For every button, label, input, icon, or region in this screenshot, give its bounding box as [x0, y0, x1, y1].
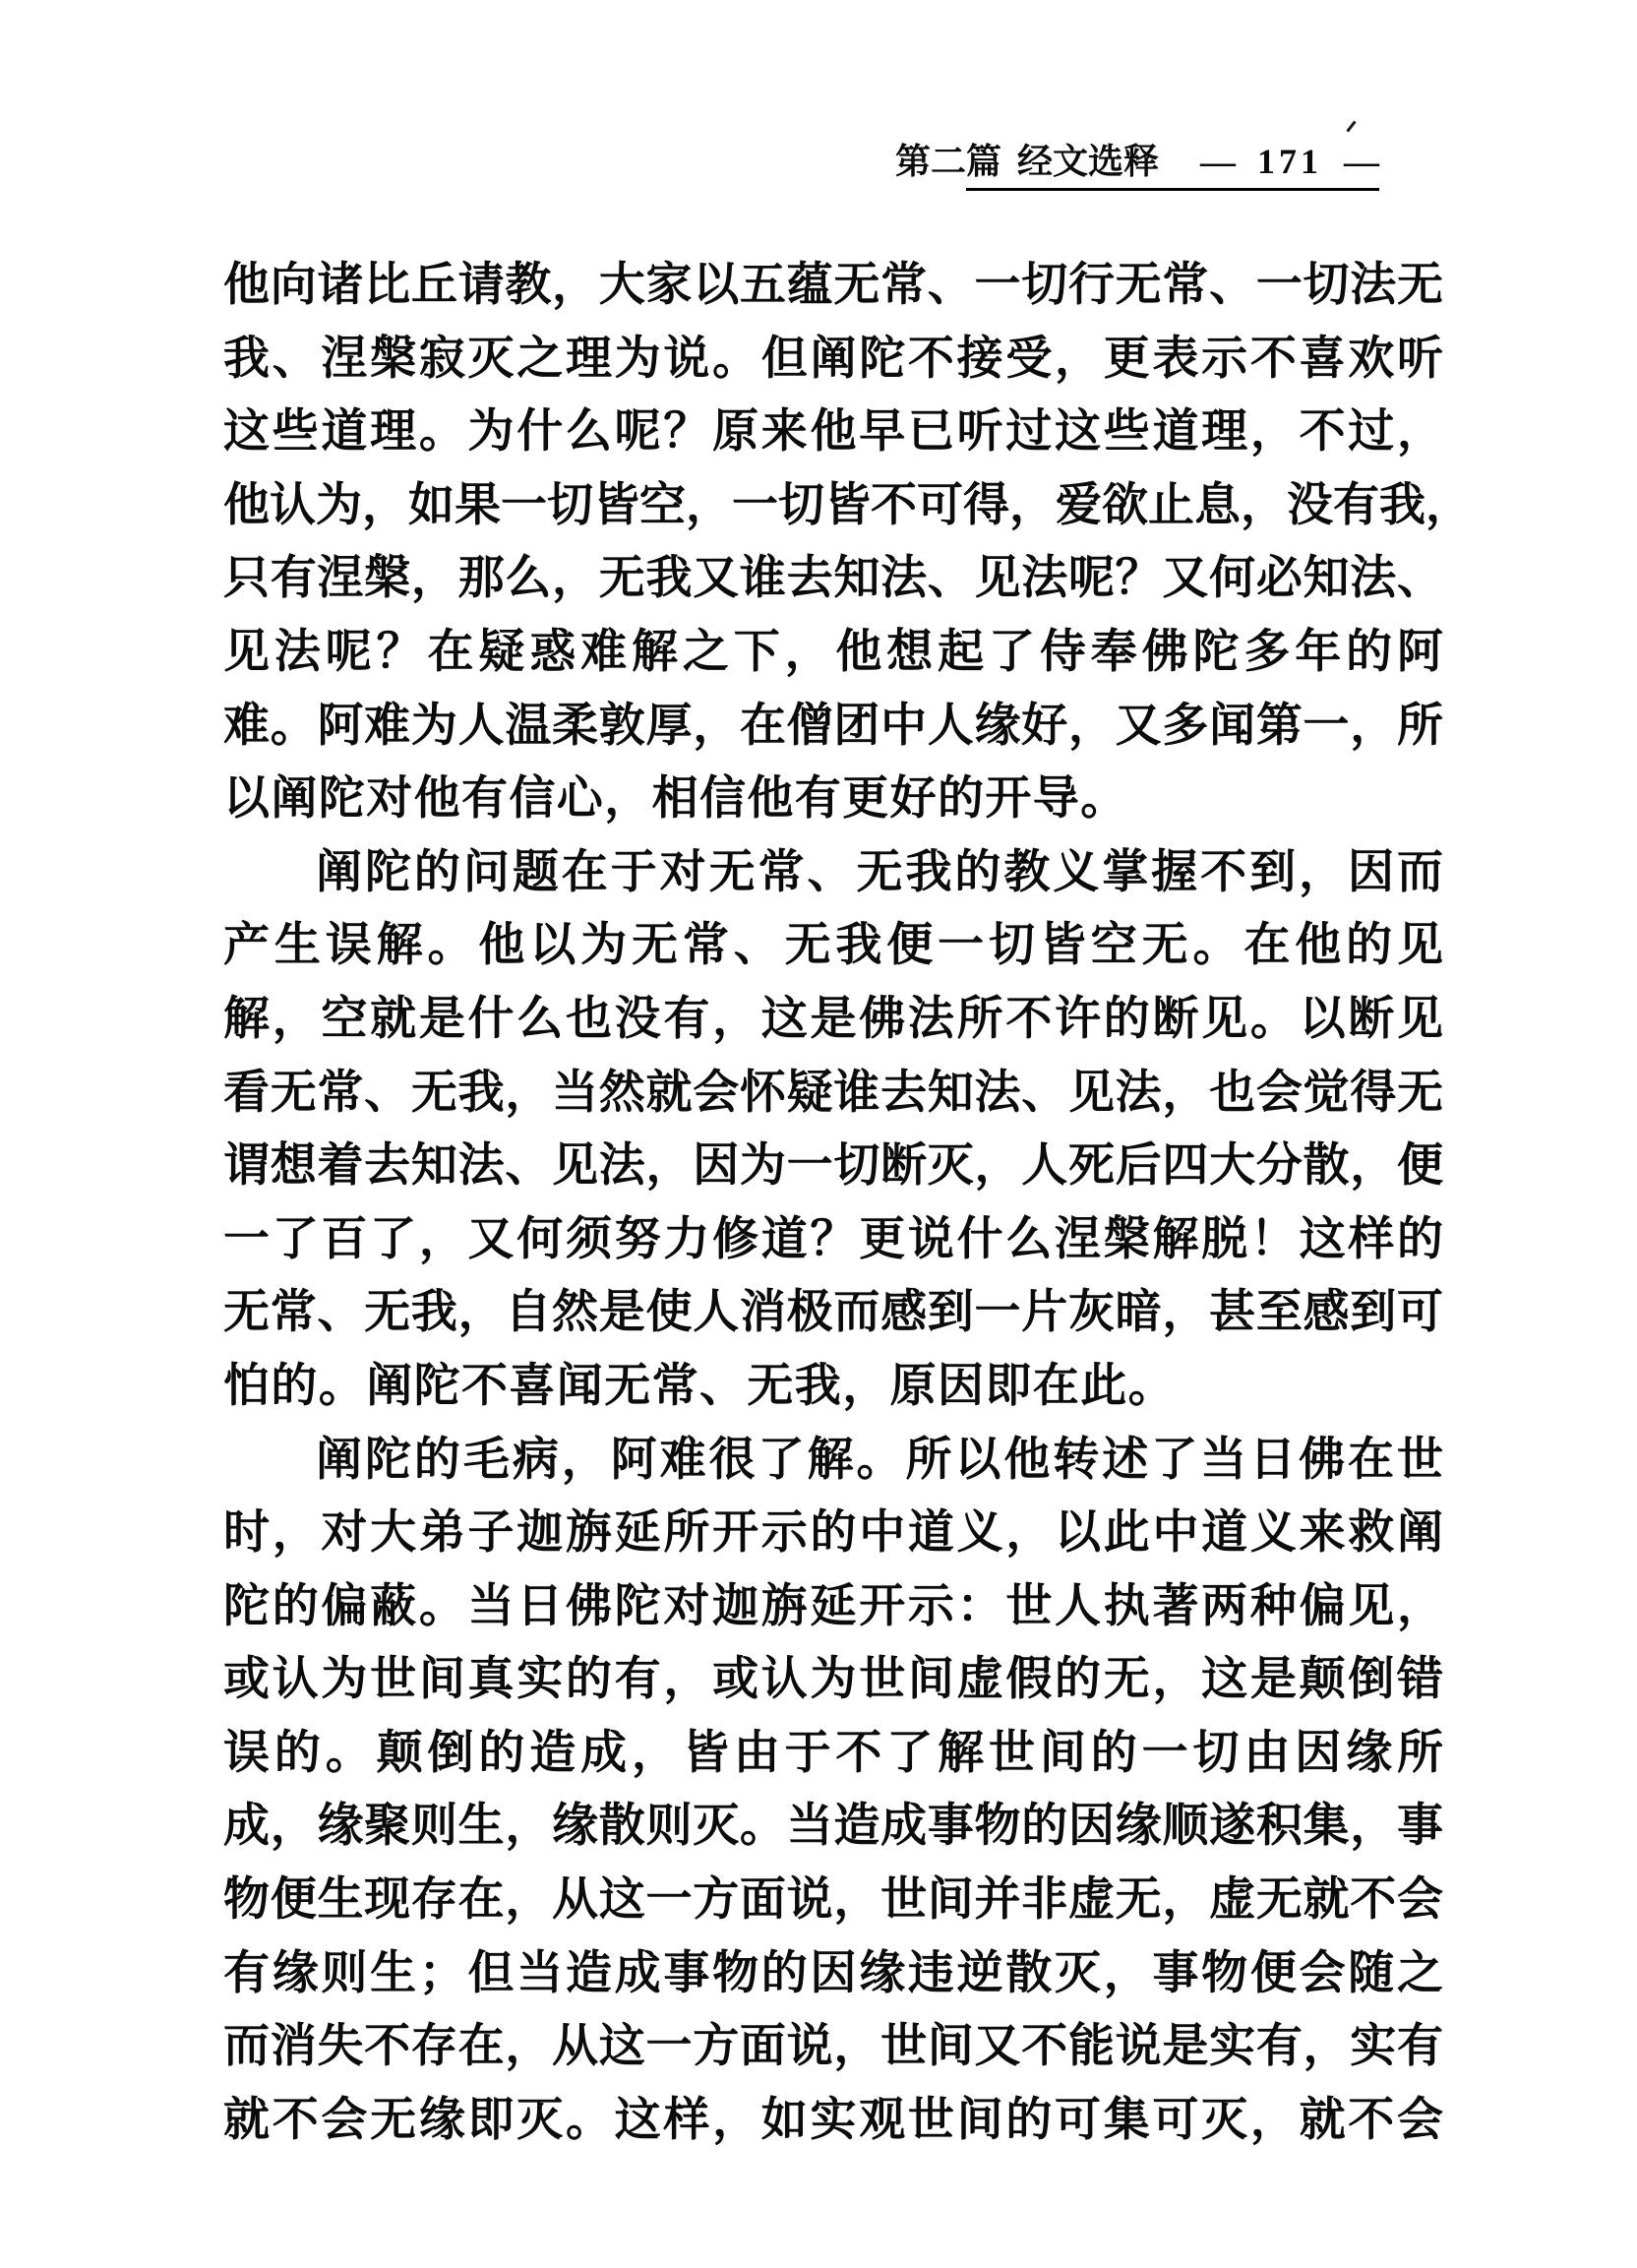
text-line: 时，对大弟子迦旃延所开示的中道义，以此中道义来救阐 — [223, 1497, 1443, 1570]
text-line: 物便生现存在，从这一方面说，世间并非虚无，虚无就不会 — [223, 1864, 1443, 1937]
text-line: 一了百了，又何须努力修道？更说什么涅槃解脱！这样的 — [223, 1203, 1443, 1277]
header-part-label: 第二篇 — [895, 141, 1001, 182]
header-underline — [966, 188, 1379, 191]
text-line: 见法呢？在疑惑难解之下，他想起了侍奉佛陀多年的阿 — [223, 616, 1443, 690]
text-line: 这些道理。为什么呢？原来他早已听过这些道理，不过， — [223, 396, 1443, 469]
text-line: 成，缘聚则生，缘散则灭。当造成事物的因缘顺遂积集，事 — [223, 1790, 1443, 1864]
text-line: 有缘则生；但当造成事物的因缘违逆散灭，事物便会随之 — [223, 1937, 1443, 2011]
text-line: 谓想着去知法、见法，因为一切断灭，人死后四大分散，便 — [223, 1130, 1443, 1203]
text-line: 只有涅槃，那么，无我又谁去知法、见法呢？又何必知法、 — [223, 542, 1443, 616]
text-line: 无常、无我，自然是使人消极而感到一片灰暗，甚至感到可 — [223, 1276, 1443, 1350]
body-text: 他向诸比丘请教，大家以五蕴无常、一切行无常、一切法无 我、涅槃寂灭之理为说。但阐… — [223, 249, 1443, 2157]
text-line: 产生误解。他以为无常、无我便一切皆空无。在他的见 — [223, 909, 1443, 983]
text-line: 他认为，如果一切皆空，一切皆不可得，爱欲止息，没有我， — [223, 469, 1443, 543]
text-line: 误的。颠倒的造成，皆由于不了解世间的一切由因缘所 — [223, 1717, 1443, 1791]
text-line: 怕的。阐陀不喜闻无常、无我，原因即在此。 — [223, 1350, 1443, 1424]
text-line: 难。阿难为人温柔敦厚，在僧团中人缘好，又多闻第一，所 — [223, 690, 1443, 764]
text-line: 他向诸比丘请教，大家以五蕴无常、一切行无常、一切法无 — [223, 249, 1443, 323]
text-line: 我、涅槃寂灭之理为说。但阐陀不接受，更表示不喜欢听 — [223, 323, 1443, 397]
text-line: 以阐陀对他有信心，相信他有更好的开导。 — [223, 763, 1443, 836]
text-line: 看无常、无我，当然就会怀疑谁去知法、见法，也会觉得无 — [223, 1057, 1443, 1131]
scan-artifact — [1346, 120, 1356, 132]
text-line: 阐陀的问题在于对无常、无我的教义掌握不到，因而 — [223, 836, 1443, 910]
header-page-number: 171 — [1257, 141, 1322, 182]
header-dash-left: — — [1200, 141, 1236, 182]
text-line: 或认为世间真实的有，或认为世间虚假的无，这是颠倒错 — [223, 1643, 1443, 1717]
text-line: 解，空就是什么也没有，这是佛法所不许的断见。以断见 — [223, 983, 1443, 1057]
header-chapter-title: 经文选释 — [1017, 141, 1159, 182]
book-page: 第二篇 经文选释 — 171 — 他向诸比丘请教，大家以五蕴无常、一切行无常、一… — [0, 0, 1637, 2268]
text-line: 而消失不存在，从这一方面说，世间又不能说是实有，实有 — [223, 2010, 1443, 2084]
page-header: 第二篇 经文选释 — 171 — — [895, 141, 1379, 182]
text-line: 就不会无缘即灭。这样，如实观世间的可集可灭，就不会 — [223, 2084, 1443, 2158]
header-dash-right: — — [1344, 141, 1379, 182]
text-line: 陀的偏蔽。当日佛陀对迦旃延开示：世人执著两种偏见， — [223, 1570, 1443, 1644]
text-line: 阐陀的毛病，阿难很了解。所以他转述了当日佛在世 — [223, 1424, 1443, 1498]
